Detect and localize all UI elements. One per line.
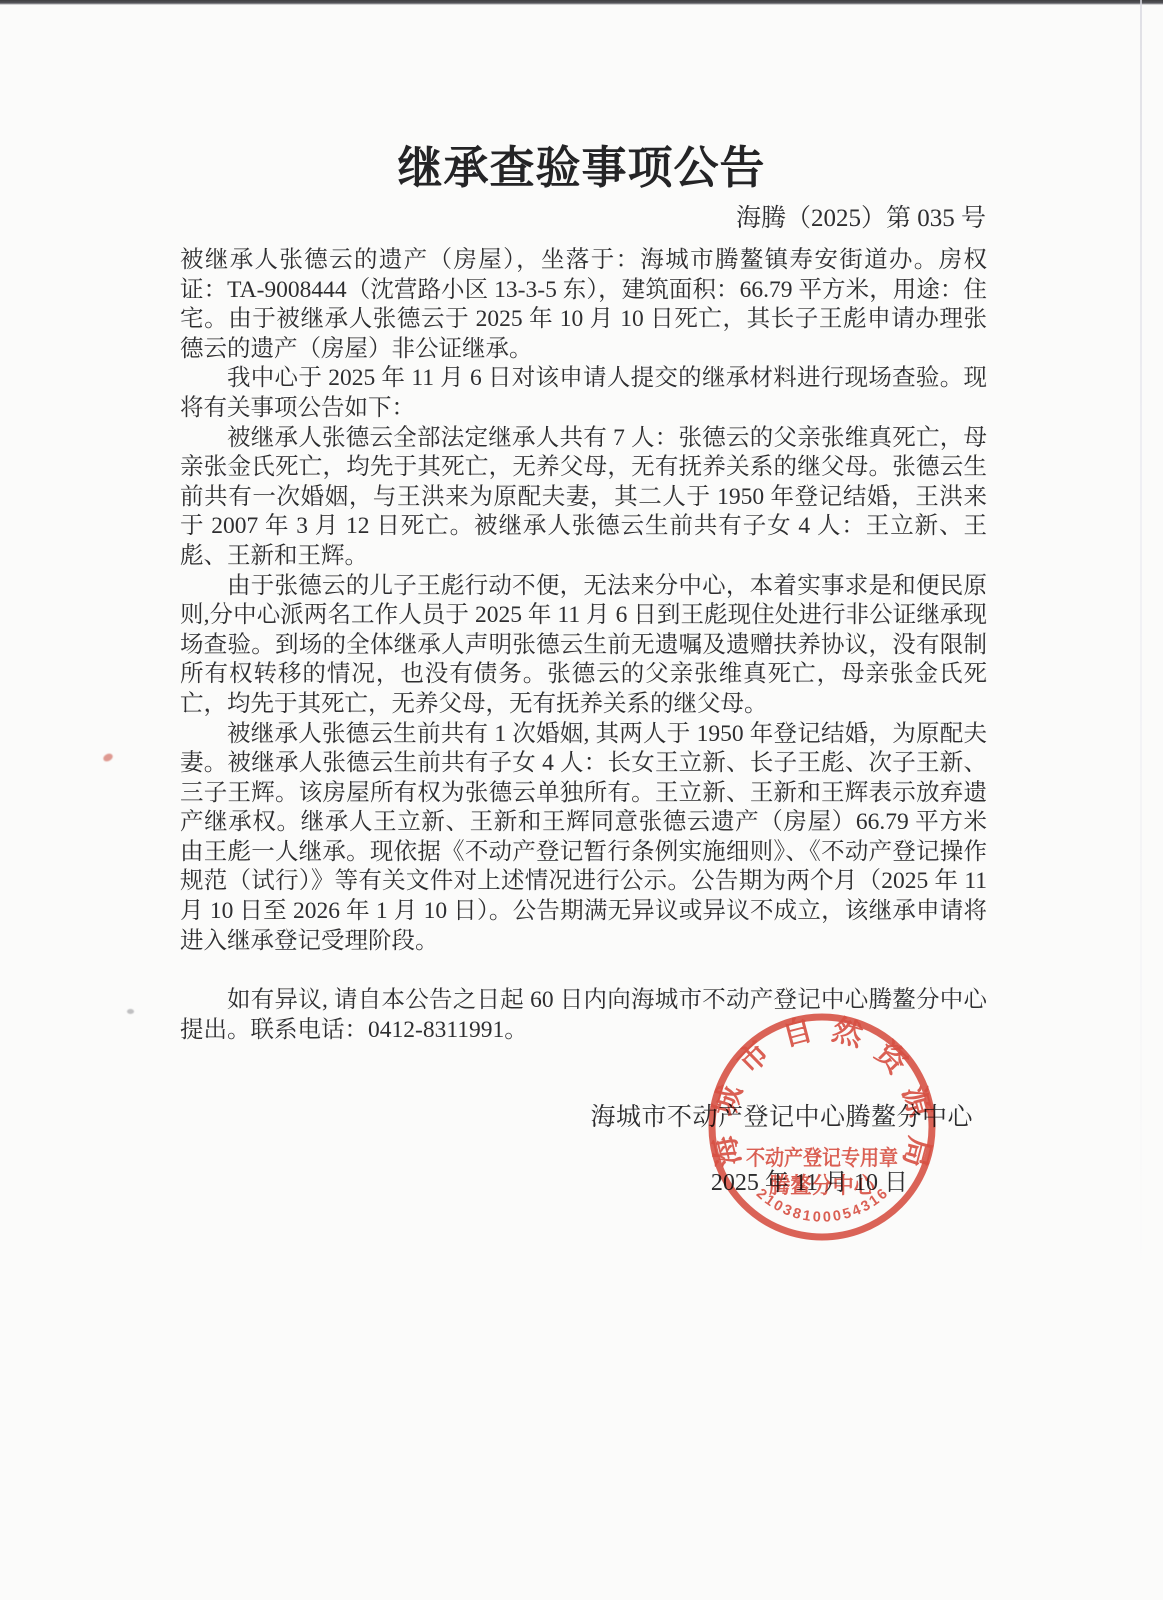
paragraph: 被继承人张德云生前共有 1 次婚姻, 其两人于 1950 年登记结婚，为原配夫妻… (180, 720, 987, 957)
scan-top-edge-line (0, 0, 1163, 5)
scan-right-edge-line (1140, 0, 1142, 1600)
seal-branch-text: 腾鳌分中心 (769, 1173, 876, 1198)
gray-scan-speck (127, 1009, 134, 1014)
official-seal: 海城市自然资源局 不动产登记专用章 腾鳌分中心 21038100054316 (697, 1002, 947, 1252)
paragraph: 我中心于 2025 年 11 月 6 日对该申请人提交的继承材料进行现场查验。现… (180, 364, 987, 423)
paragraph: 被继承人张德云的遗产（房屋），坐落于：海城市腾鳌镇寿安街道办。房权证：TA-90… (180, 246, 987, 364)
doc-number: 海腾（2025）第 035 号 (180, 198, 986, 234)
page-title: 继承查验事项公告 (0, 131, 1163, 196)
seal-title-text: 不动产登记专用章 (746, 1146, 898, 1170)
scanned-announcement-page: 继承查验事项公告 海腾（2025）第 035 号 被继承人张德云的遗产（房屋），… (0, 0, 1163, 1600)
paragraph: 由于张德云的儿子王彪行动不便，无法来分中心，本着实事求是和便民原则,分中心派两名… (180, 572, 987, 720)
paragraph: 被继承人张德云全部法定继承人共有 7 人：张德云的父亲张维真死亡，母亲张金氏死亡… (180, 424, 987, 572)
red-ink-speck (102, 752, 114, 763)
document-body: 被继承人张德云的遗产（房屋），坐落于：海城市腾鳌镇寿安街道办。房权证：TA-90… (180, 246, 987, 1045)
